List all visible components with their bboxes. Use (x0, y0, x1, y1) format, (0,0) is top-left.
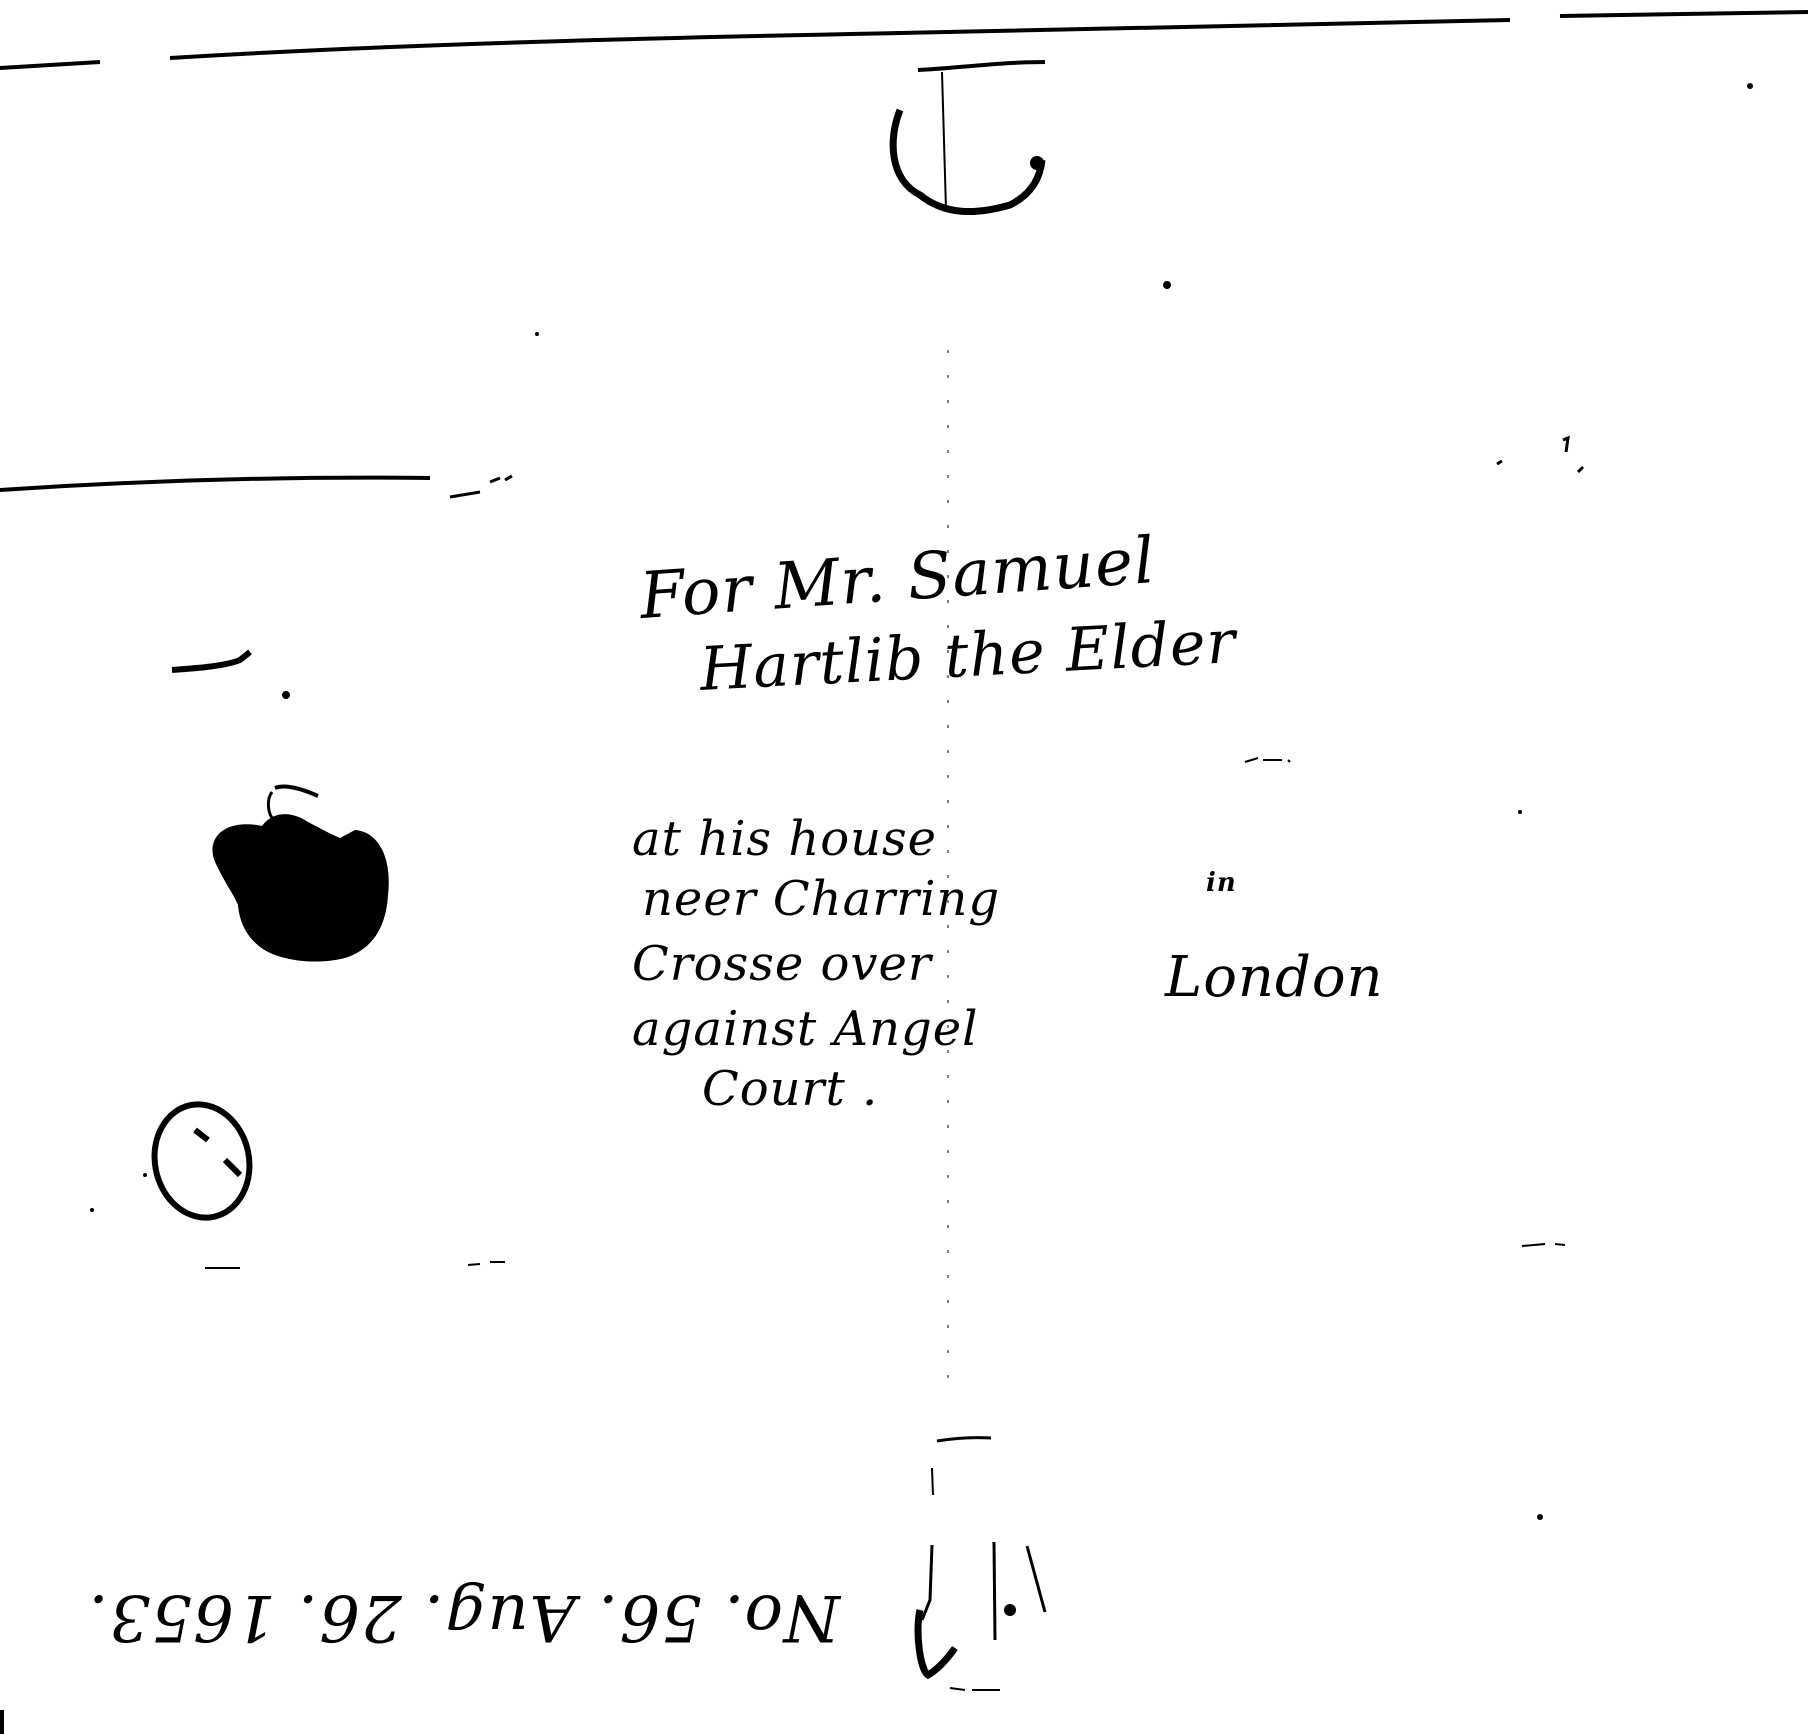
seal-remnant-top (893, 62, 1045, 212)
ink-specks (1497, 438, 1583, 472)
docket-note: No. 56. Aug. 26. 1653. (140, 1585, 840, 1649)
location-line: Court . (702, 1065, 878, 1113)
ink-dash (172, 652, 250, 670)
wax-seal-outline (144, 1095, 260, 1226)
left-fold-marks (450, 476, 512, 497)
location-line: against Angel (632, 1005, 978, 1053)
paper-specks (90, 83, 1753, 1520)
manuscript-page: For Mr. Samuel Hartlib the Elder at his … (0, 0, 1808, 1734)
seal-remnant-bottom (918, 1438, 1045, 1690)
address-city: London (1165, 950, 1384, 1006)
top-fold-edge (0, 12, 1808, 68)
in-mark: in (1206, 870, 1237, 896)
left-fold-edge (0, 478, 430, 490)
ink-mark-right (1245, 758, 1290, 762)
faint-marks (205, 1244, 1565, 1268)
location-line: at his house (632, 815, 937, 863)
location-line: Crosse over (632, 940, 932, 988)
location-line: neer Charring (642, 875, 1000, 923)
fold-lines-and-marks (0, 0, 1808, 1734)
wax-seal-solid (212, 786, 388, 961)
